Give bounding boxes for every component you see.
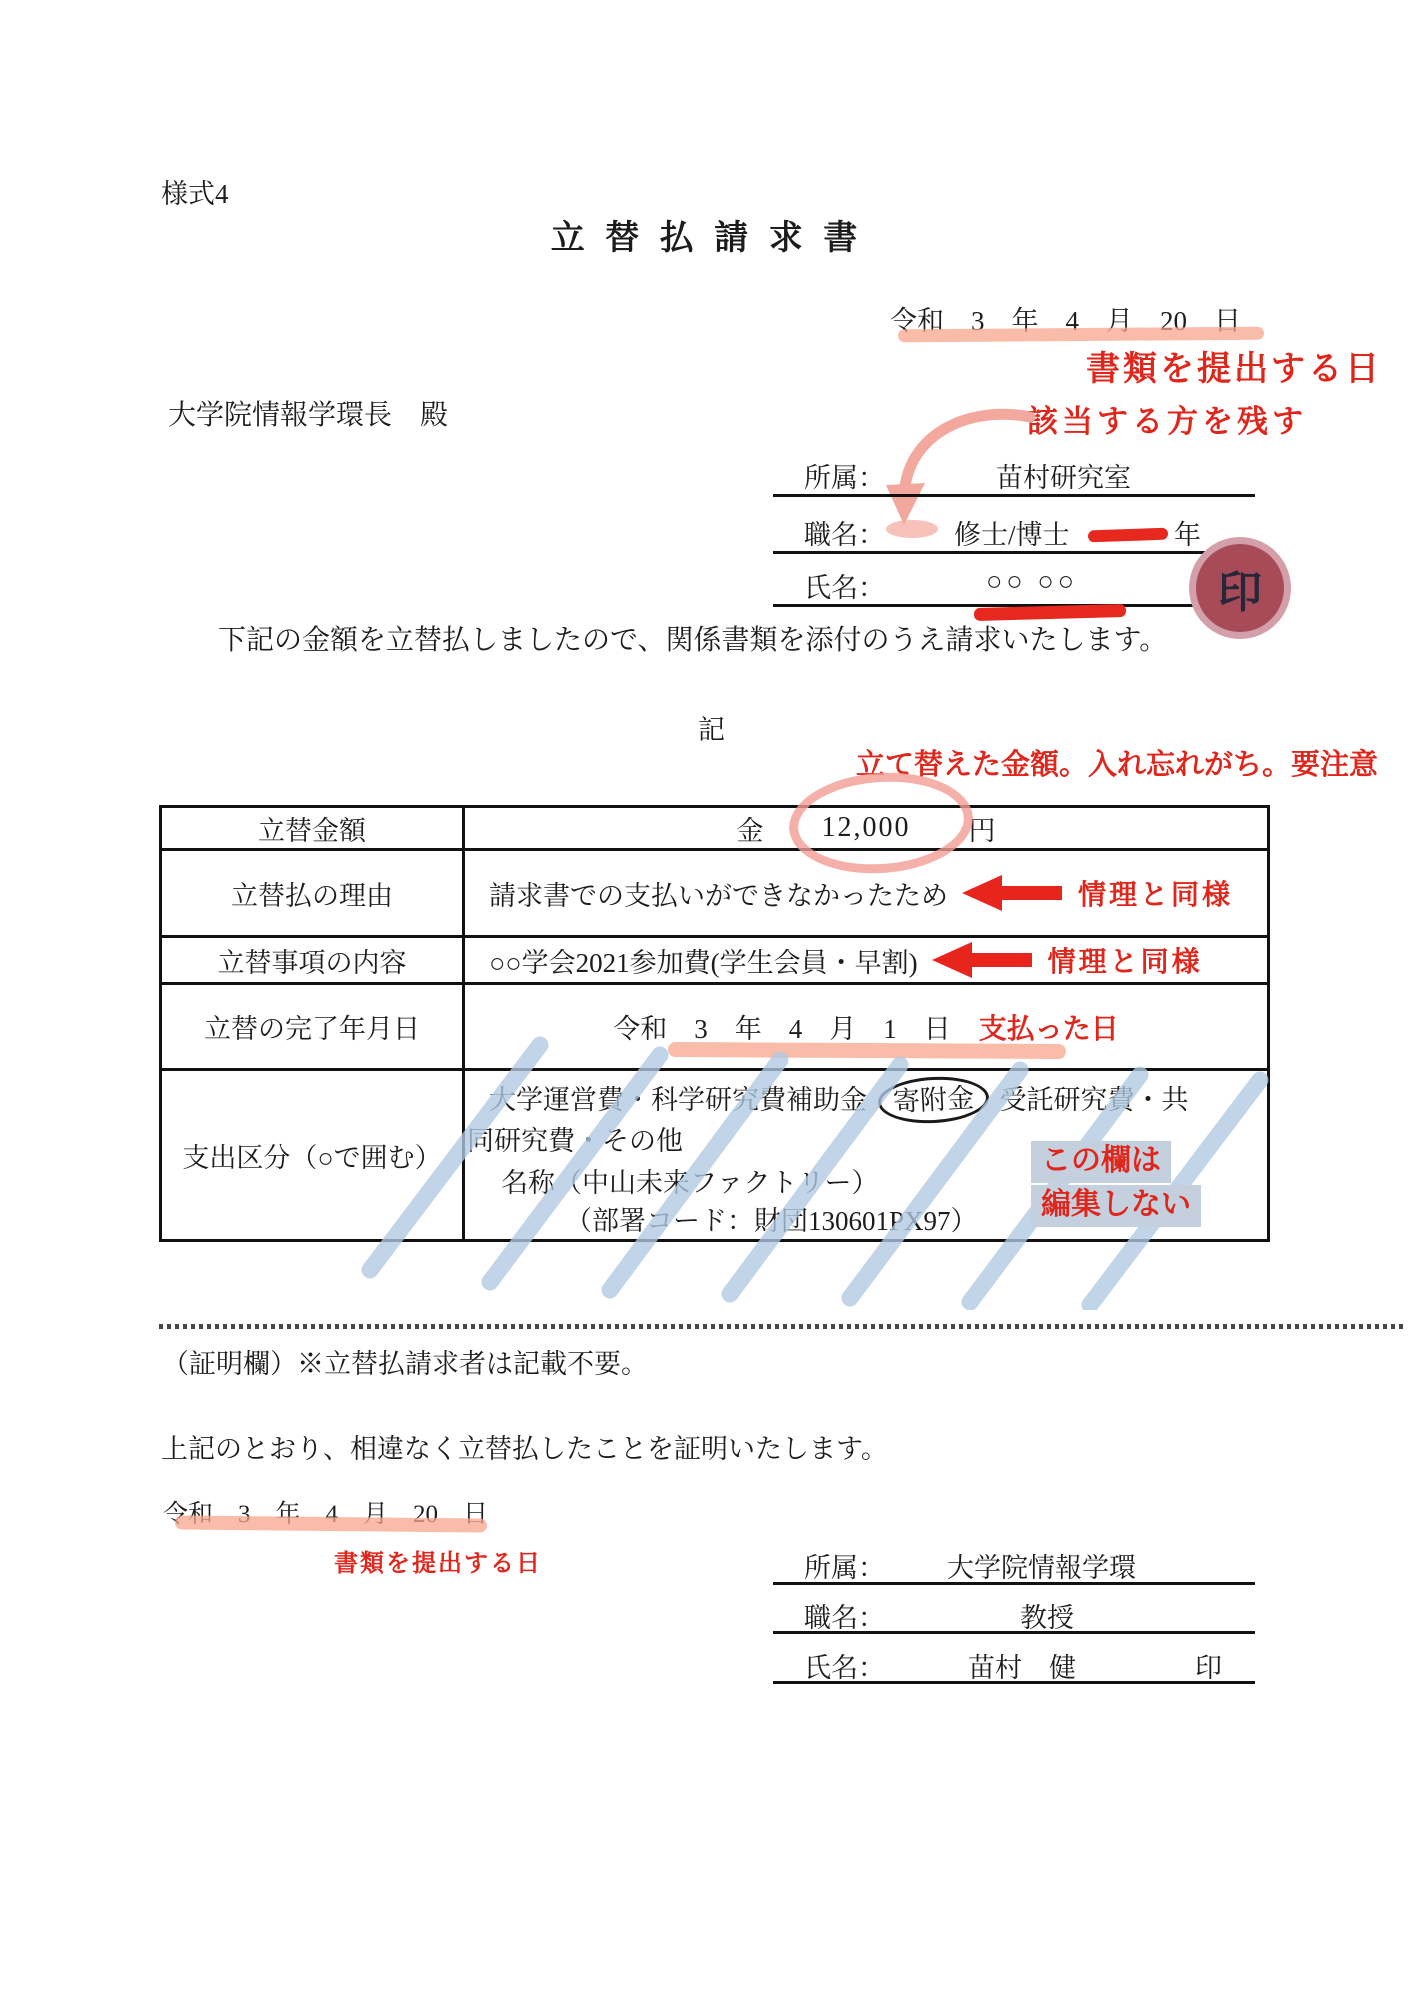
- reason-value: 請求書での支払いができなかったため: [489, 874, 948, 913]
- certifier-seal-mark: 印: [1195, 1646, 1222, 1685]
- applicant-title-year-suffix: 年: [1174, 513, 1201, 552]
- row-label-amount: 立替金額: [161, 807, 464, 850]
- certifier-affiliation-label: 所属：: [804, 1546, 885, 1585]
- certifier-title-value: 教授: [1020, 1596, 1074, 1635]
- certifier-affiliation-value: 大学院情報学環: [947, 1546, 1136, 1585]
- red-underline-title-blank: [1088, 528, 1168, 543]
- page-title: 立 替 払 請 求 書: [0, 210, 1414, 259]
- do-not-edit-line1: この欄は: [1031, 1141, 1171, 1183]
- applicant-affiliation-value: 苗村研究室: [996, 456, 1131, 495]
- applicant-name-value: ○○ ○○: [986, 566, 1078, 597]
- annotation-do-not-edit: この欄は 編集しない: [1031, 1141, 1201, 1227]
- annotation-amount-warning: 立て替えた金額。入れ忘れがち。要注意: [856, 742, 1378, 783]
- do-not-edit-line2: 編集しない: [1031, 1185, 1201, 1227]
- annotation-submit-date-bottom: 書類を提出する日: [334, 1543, 542, 1578]
- certification-note: （証明欄）※立替払請求者は記載不要。: [162, 1342, 648, 1381]
- certifier-title-underline: [773, 1631, 1255, 1634]
- red-left-arrow: [962, 875, 1062, 911]
- form-number: 様式4: [161, 172, 229, 211]
- table-row: 立替事項の内容 ○○学会2021参加費(学生会員・早割) 情理と同様: [161, 937, 1269, 984]
- reimbursement-form-page: 様式4 立 替 払 請 求 書 令和 3 年 4 月 20 日 書類を提出する日…: [0, 0, 1414, 1999]
- annotation-same-as-content: 情理と同様: [1048, 940, 1203, 980]
- certifier-name-label: 氏名：: [804, 1646, 885, 1685]
- highlight-stroke-top-date: [898, 327, 1264, 343]
- applicant-name-label: 氏名：: [804, 566, 885, 605]
- dashed-separator: [159, 1324, 1405, 1329]
- row-label-content: 立替事項の内容: [161, 937, 464, 984]
- applicant-title-label: 職名：: [804, 513, 885, 552]
- certifier-name-underline: [773, 1681, 1255, 1684]
- certification-statement: 上記のとおり、相違なく立替払したことを証明いたします。: [161, 1427, 888, 1466]
- applicant-affiliation-underline: [773, 494, 1255, 497]
- certifier-name-value: 苗村 健: [968, 1646, 1076, 1685]
- red-left-arrow: [932, 942, 1032, 978]
- annotation-submit-date-top: 書類を提出する日: [1086, 341, 1382, 390]
- hanko-stamp-glyph: 印: [1218, 556, 1262, 620]
- annotation-keep-applicable: 該当する方を残す: [1027, 396, 1307, 441]
- highlight-stroke-bottom-date: [175, 1515, 487, 1532]
- request-text: 下記の金額を立替払しましたので、関係書類を添付のうえ請求いたします。: [218, 618, 1167, 658]
- applicant-title-value: 修士/博士: [954, 513, 1070, 552]
- applicant-affiliation-label: 所属：: [804, 456, 885, 495]
- certifier-affiliation-underline: [773, 1582, 1255, 1585]
- content-value: ○○学会2021参加費(学生会員・早割): [489, 941, 918, 980]
- note-mark: 記: [698, 708, 725, 747]
- table-row: 立替払の理由 請求書での支払いができなかったため 情理と同様: [161, 850, 1269, 937]
- table-row: 立替金額 金 12,000 円: [161, 807, 1269, 850]
- amount-prefix: 金: [737, 809, 764, 848]
- applicant-title-underline: [773, 551, 1255, 554]
- hanko-stamp: 印: [1196, 544, 1284, 632]
- annotation-same-as-reason: 情理と同様: [1078, 873, 1233, 913]
- row-label-reason: 立替払の理由: [161, 850, 464, 937]
- addressee: 大学院情報学環長 殿: [168, 393, 448, 433]
- certifier-title-label: 職名：: [804, 1596, 885, 1635]
